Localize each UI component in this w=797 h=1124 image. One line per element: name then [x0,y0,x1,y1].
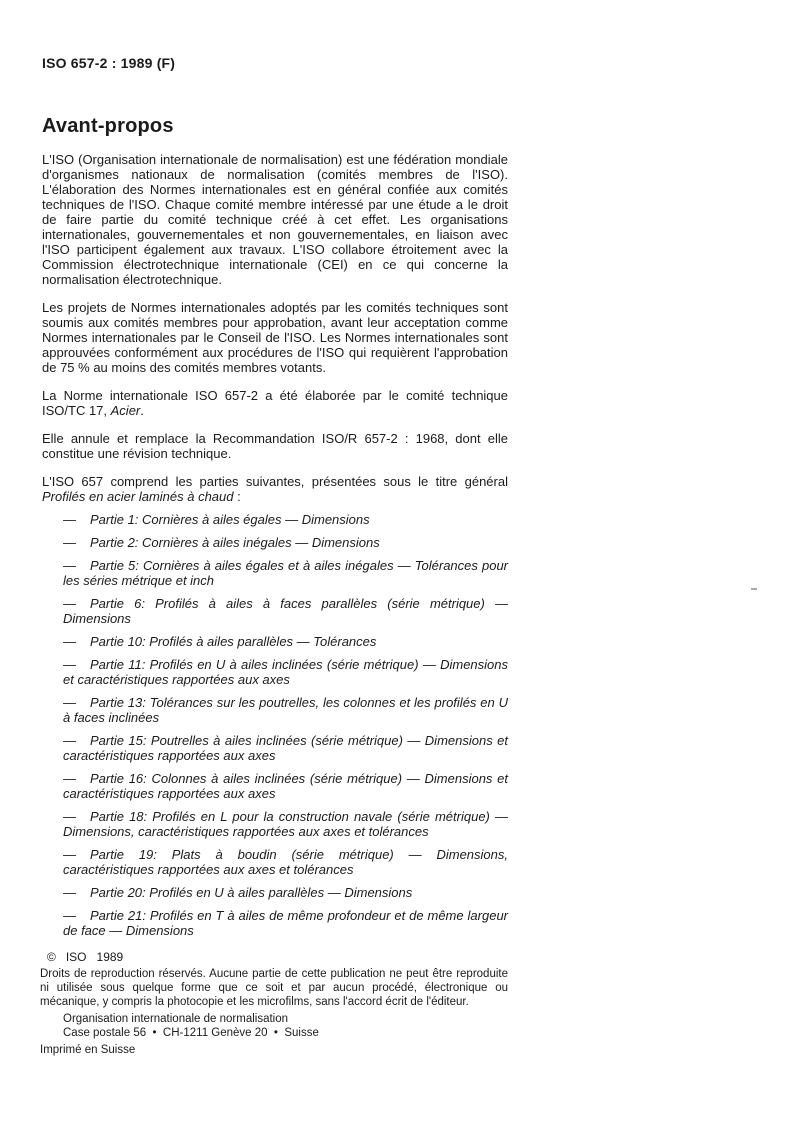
list-item-dash: — [63,512,76,527]
printed-in-note: Imprimé en Suisse [40,1043,508,1057]
paragraph-committee-title: Acier [111,403,141,418]
list-item: —Partie 1: Cornières à ailes égales — Di… [63,512,508,527]
list-item-text: Partie 13: Tolérances sur les poutrelles… [63,695,508,725]
paragraph-replaces: Elle annule et remplace la Recommandatio… [42,431,508,461]
page-title: Avant-propos [42,114,508,138]
paragraph-approval-process: Les projets de Normes internationales ad… [42,300,508,375]
list-item-dash: — [63,596,76,611]
list-item-dash: — [63,558,76,573]
list-item-text: Partie 20: Profilés en U à ailes parallè… [90,885,412,900]
list-item-text: Partie 18: Profilés en L pour la constru… [63,809,508,839]
doc-reference: ISO 657-2 : 1989 (F) [42,55,508,71]
list-item-text: Partie 2: Cornières à ailes inégales — D… [90,535,380,550]
list-item-text: Partie 10: Profilés à ailes parallèles —… [90,634,376,649]
list-item: —Partie 10: Profilés à ailes parallèles … [63,634,508,649]
footer: © ISO 1989 Droits de reproduction réserv… [40,950,508,1057]
list-item-dash: — [63,771,76,786]
list-item-text: Partie 15: Poutrelles à ailes inclinées … [63,733,508,763]
list-item: —Partie 2: Cornières à ailes inégales — … [63,535,508,550]
list-item: —Partie 18: Profilés en L pour la constr… [63,809,508,839]
list-item: —Partie 20: Profilés en U à ailes parall… [63,885,508,900]
paragraph-series-intro-colon: : [234,489,241,504]
list-item: —Partie 19: Plats à boudin (série métriq… [63,847,508,877]
page-content: ISO 657-2 : 1989 (F) Avant-propos L'ISO … [42,55,508,938]
parts-list: —Partie 1: Cornières à ailes égales — Di… [42,512,508,938]
copyright-notice: Droits de reproduction réservés. Aucune … [40,967,508,1009]
list-item: —Partie 13: Tolérances sur les poutrelle… [63,695,508,725]
list-item-dash: — [63,733,76,748]
list-item-dash: — [63,809,76,824]
list-item: —Partie 6: Profilés à ailes à faces para… [63,596,508,626]
paragraph-series-intro-text: L'ISO 657 comprend les parties suivantes… [42,474,508,489]
list-item: —Partie 15: Poutrelles à ailes inclinées… [63,733,508,763]
list-item-text: Partie 11: Profilés en U à ailes incliné… [63,657,508,687]
list-item-text: Partie 5: Cornières à ailes égales et à … [63,558,508,588]
list-item-dash: — [63,634,76,649]
list-item-dash: — [63,535,76,550]
document-page: ISO 657-2 : 1989 (F) Avant-propos L'ISO … [0,0,797,1124]
copyright-line: © ISO 1989 [47,950,508,964]
paragraph-series-intro: L'ISO 657 comprend les parties suivantes… [42,474,508,504]
list-item: —Partie 16: Colonnes à ailes inclinées (… [63,771,508,801]
scan-artifact-mark [751,588,757,590]
list-item: —Partie 5: Cornières à ailes égales et à… [63,558,508,588]
list-item-dash: — [63,885,76,900]
organization-name: Organisation internationale de normalisa… [63,1012,508,1026]
paragraph-iso-description: L'ISO (Organisation internationale de no… [42,152,508,287]
list-item-text: Partie 6: Profilés à ailes à faces paral… [63,596,508,626]
list-item-dash: — [63,908,76,923]
list-item-text: Partie 16: Colonnes à ailes inclinées (s… [63,771,508,801]
list-item-dash: — [63,657,76,672]
list-item-text: Partie 19: Plats à boudin (série métriqu… [63,847,508,877]
organization-address: Case postale 56 • CH-1211 Genève 20 • Su… [63,1026,508,1040]
list-item-dash: — [63,695,76,710]
list-item: —Partie 11: Profilés en U à ailes inclin… [63,657,508,687]
list-item-dash: — [63,847,76,862]
paragraph-series-general-title: Profilés en acier laminés à chaud [42,489,234,504]
list-item: —Partie 21: Profilés en T à ailes de mêm… [63,908,508,938]
paragraph-committee-period: . [140,403,144,418]
paragraph-committee: La Norme internationale ISO 657-2 a été … [42,388,508,418]
list-item-text: Partie 21: Profilés en T à ailes de même… [63,908,508,938]
list-item-text: Partie 1: Cornières à ailes égales — Dim… [90,512,370,527]
